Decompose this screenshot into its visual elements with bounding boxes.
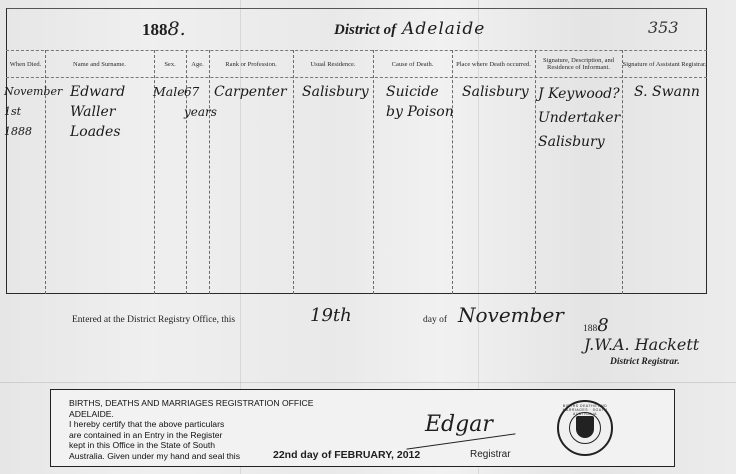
entered-year-handwritten: 8: [597, 315, 608, 336]
header-place: Place where Death occurred.: [452, 52, 535, 76]
office-city: ADELAIDE.: [69, 409, 313, 420]
header-bottom-rule: [6, 77, 707, 78]
header-profession: Rank or Profession.: [209, 52, 293, 76]
cell-place: Salisbury: [462, 82, 529, 102]
district-registrar-signature: J.W.A. Hackett: [584, 335, 699, 354]
registrar-signature: Edgar: [425, 412, 493, 437]
header-assistant-registrar: Signature of Assistant Registrar.: [622, 52, 707, 76]
cell-when-died: November 1st 1888: [4, 82, 62, 142]
entry-number: 353: [648, 18, 679, 37]
header-when-died: When Died.: [6, 52, 45, 76]
entered-text: Entered at the District Registry Office,…: [72, 315, 235, 325]
header-residence: Usual Residence.: [293, 52, 373, 76]
crest-icon: [576, 416, 594, 438]
column-divider: [535, 50, 536, 294]
column-divider: [622, 50, 623, 294]
register-year: 1888.: [142, 18, 186, 40]
column-divider: [293, 50, 294, 294]
header-top-rule: [6, 50, 707, 51]
fold-line: [0, 382, 736, 383]
header-sex: Sex.: [154, 52, 186, 76]
cell-sex: Male: [153, 82, 185, 102]
cell-cause: Suicide by Poison: [386, 82, 454, 122]
cell-name: Edward Waller Loades: [70, 82, 125, 142]
year-handwritten: 8.: [168, 18, 186, 40]
cert-line: are contained in an Entry in the Registe…: [69, 430, 313, 441]
header-age: Age.: [186, 52, 209, 76]
cell-informant: J Keywood? Undertaker Salisbury: [538, 82, 620, 154]
entered-day: 19th: [310, 305, 352, 326]
district-value: Adelaide: [402, 19, 485, 39]
entered-month: November: [458, 303, 564, 327]
cell-age: 67 years: [184, 82, 217, 122]
office-name: BIRTHS, DEATHS AND MARRIAGES REGISTRATIO…: [69, 398, 313, 409]
cell-residence: Salisbury: [302, 82, 369, 102]
header-cause: Cause of Death.: [373, 52, 452, 76]
cell-profession: Carpenter: [214, 82, 287, 102]
district-label: District of: [334, 22, 396, 38]
district-registrar-label: District Registrar.: [610, 357, 680, 367]
cell-assistant-registrar: S. Swann: [634, 82, 700, 102]
official-seal-icon: BIRTHS DEATHS AND MARRIAGES · SOUTH AUST…: [557, 400, 613, 456]
day-of-text: day of: [423, 315, 447, 325]
entered-year: 1888: [583, 315, 609, 336]
certification-date: 22nd day of FEBRUARY, 2012: [273, 449, 420, 461]
entered-year-printed: 188: [583, 324, 597, 334]
registrar-label: Registrar: [470, 449, 511, 460]
column-divider: [373, 50, 374, 294]
year-printed: 188: [142, 20, 168, 39]
header-name: Name and Surname.: [45, 52, 154, 76]
district: District ofAdelaide: [334, 19, 485, 39]
header-informant: Signature, Description, and Residence of…: [535, 52, 622, 76]
cert-line: I hereby certify that the above particul…: [69, 419, 313, 430]
